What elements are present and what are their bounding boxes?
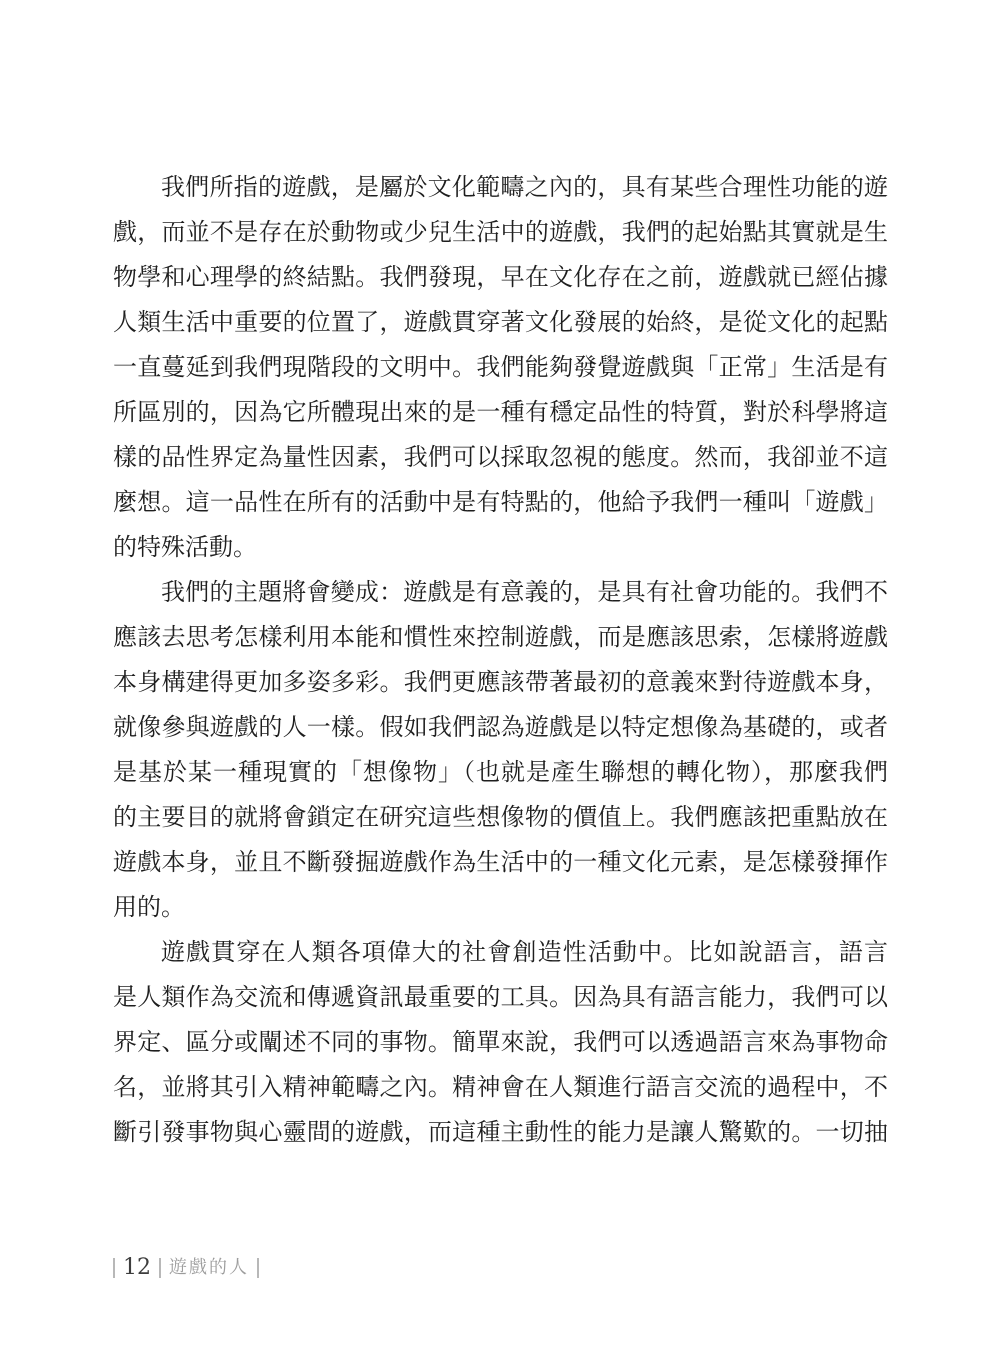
- page-number: 12: [123, 1255, 151, 1281]
- text-line: 名，並將其引入精神範疇之內。精神會在人類進行語言交流的過程中，不: [113, 1065, 888, 1110]
- body-text: 我們所指的遊戲，是屬於文化範疇之內的，具有某些合理性功能的遊 戲，而並不是存在於…: [113, 165, 888, 1155]
- book-page: 我們所指的遊戲，是屬於文化範疇之內的，具有某些合理性功能的遊 戲，而並不是存在於…: [0, 0, 1000, 1353]
- paragraph-3: 遊戲貫穿在人類各項偉大的社會創造性活動中。比如說語言，語言 是人類作為交流和傳遞…: [113, 930, 888, 1155]
- text-line: 我們的主題將會變成：遊戲是有意義的，是具有社會功能的。我們不: [113, 570, 888, 615]
- text-line: 是基於某一種現實的「想像物」（也就是產生聯想的轉化物），那麼我們: [113, 750, 888, 795]
- text-line: 物學和心理學的終結點。我們發現，早在文化存在之前，遊戲就已經佔據: [113, 255, 888, 300]
- book-title: 遊戲的人: [169, 1255, 249, 1281]
- text-line: 戲，而並不是存在於動物或少兒生活中的遊戲，我們的起始點其實就是生: [113, 210, 888, 255]
- footer-divider: [159, 1258, 161, 1278]
- paragraph-1: 我們所指的遊戲，是屬於文化範疇之內的，具有某些合理性功能的遊 戲，而並不是存在於…: [113, 165, 888, 570]
- text-line: 應該去思考怎樣利用本能和慣性來控制遊戲，而是應該思索，怎樣將遊戲: [113, 615, 888, 660]
- text-line: 的主要目的就將會鎖定在研究這些想像物的價值上。我們應該把重點放在: [113, 795, 888, 840]
- text-line: 界定、區分或闡述不同的事物。簡單來說，我們可以透過語言來為事物命: [113, 1020, 888, 1065]
- text-line: 人類生活中重要的位置了，遊戲貫穿著文化發展的始終，是從文化的起點: [113, 300, 888, 345]
- text-line: 樣的品性界定為量性因素，我們可以採取忽視的態度。然而，我卻並不這: [113, 435, 888, 480]
- text-line: 就像參與遊戲的人一樣。假如我們認為遊戲是以特定想像為基礎的，或者: [113, 705, 888, 750]
- footer-divider: [113, 1258, 115, 1278]
- text-line: 用的。: [113, 885, 888, 930]
- text-line: 所區別的，因為它所體現出來的是一種有穩定品性的特質，對於科學將這: [113, 390, 888, 435]
- text-line: 本身構建得更加多姿多彩。我們更應該帶著最初的意義來對待遊戲本身，: [113, 660, 888, 705]
- text-line: 的特殊活動。: [113, 525, 888, 570]
- text-line: 麼想。這一品性在所有的活動中是有特點的，他給予我們一種叫「遊戲」: [113, 480, 888, 525]
- text-line: 是人類作為交流和傳遞資訊最重要的工具。因為具有語言能力，我們可以: [113, 975, 888, 1020]
- page-footer: 12 遊戲的人: [113, 1255, 259, 1281]
- text-line: 遊戲本身，並且不斷發掘遊戲作為生活中的一種文化元素，是怎樣發揮作: [113, 840, 888, 885]
- text-line: 斷引發事物與心靈間的遊戲，而這種主動性的能力是讓人驚歎的。一切抽: [113, 1110, 888, 1155]
- footer-divider: [257, 1258, 259, 1278]
- paragraph-2: 我們的主題將會變成：遊戲是有意義的，是具有社會功能的。我們不 應該去思考怎樣利用…: [113, 570, 888, 930]
- text-line: 我們所指的遊戲，是屬於文化範疇之內的，具有某些合理性功能的遊: [113, 165, 888, 210]
- text-line: 一直蔓延到我們現階段的文明中。我們能夠發覺遊戲與「正常」生活是有: [113, 345, 888, 390]
- text-line: 遊戲貫穿在人類各項偉大的社會創造性活動中。比如說語言，語言: [113, 930, 888, 975]
